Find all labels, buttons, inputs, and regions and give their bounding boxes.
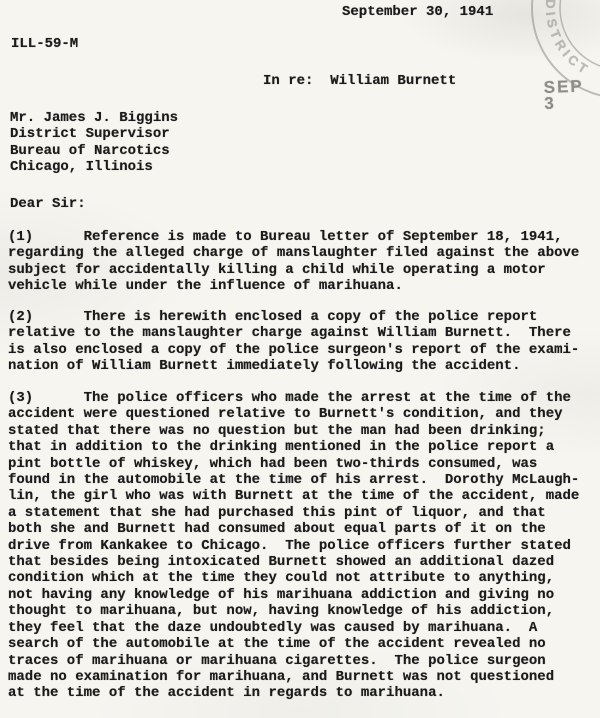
- paragraph-2: (2) There is herewith enclosed a copy of…: [8, 309, 579, 375]
- paragraph-1: (1) Reference is made to Bureau letter o…: [8, 229, 579, 295]
- stamp-date: SEP 3: [543, 78, 600, 113]
- letter-page: DISTRICT SEP 3 September 30, 1941 ILL-59…: [0, 0, 600, 718]
- file-number: ILL-59-M: [11, 36, 78, 52]
- paragraph-3: (3) The police officers who made the arr…: [8, 390, 579, 702]
- salutation: Dear Sir:: [10, 196, 86, 212]
- subject-line: In re: William Burnett: [263, 73, 456, 89]
- letter-date: September 30, 1941: [342, 4, 493, 20]
- recipient-address: Mr. James J. Biggins District Supervisor…: [10, 110, 178, 176]
